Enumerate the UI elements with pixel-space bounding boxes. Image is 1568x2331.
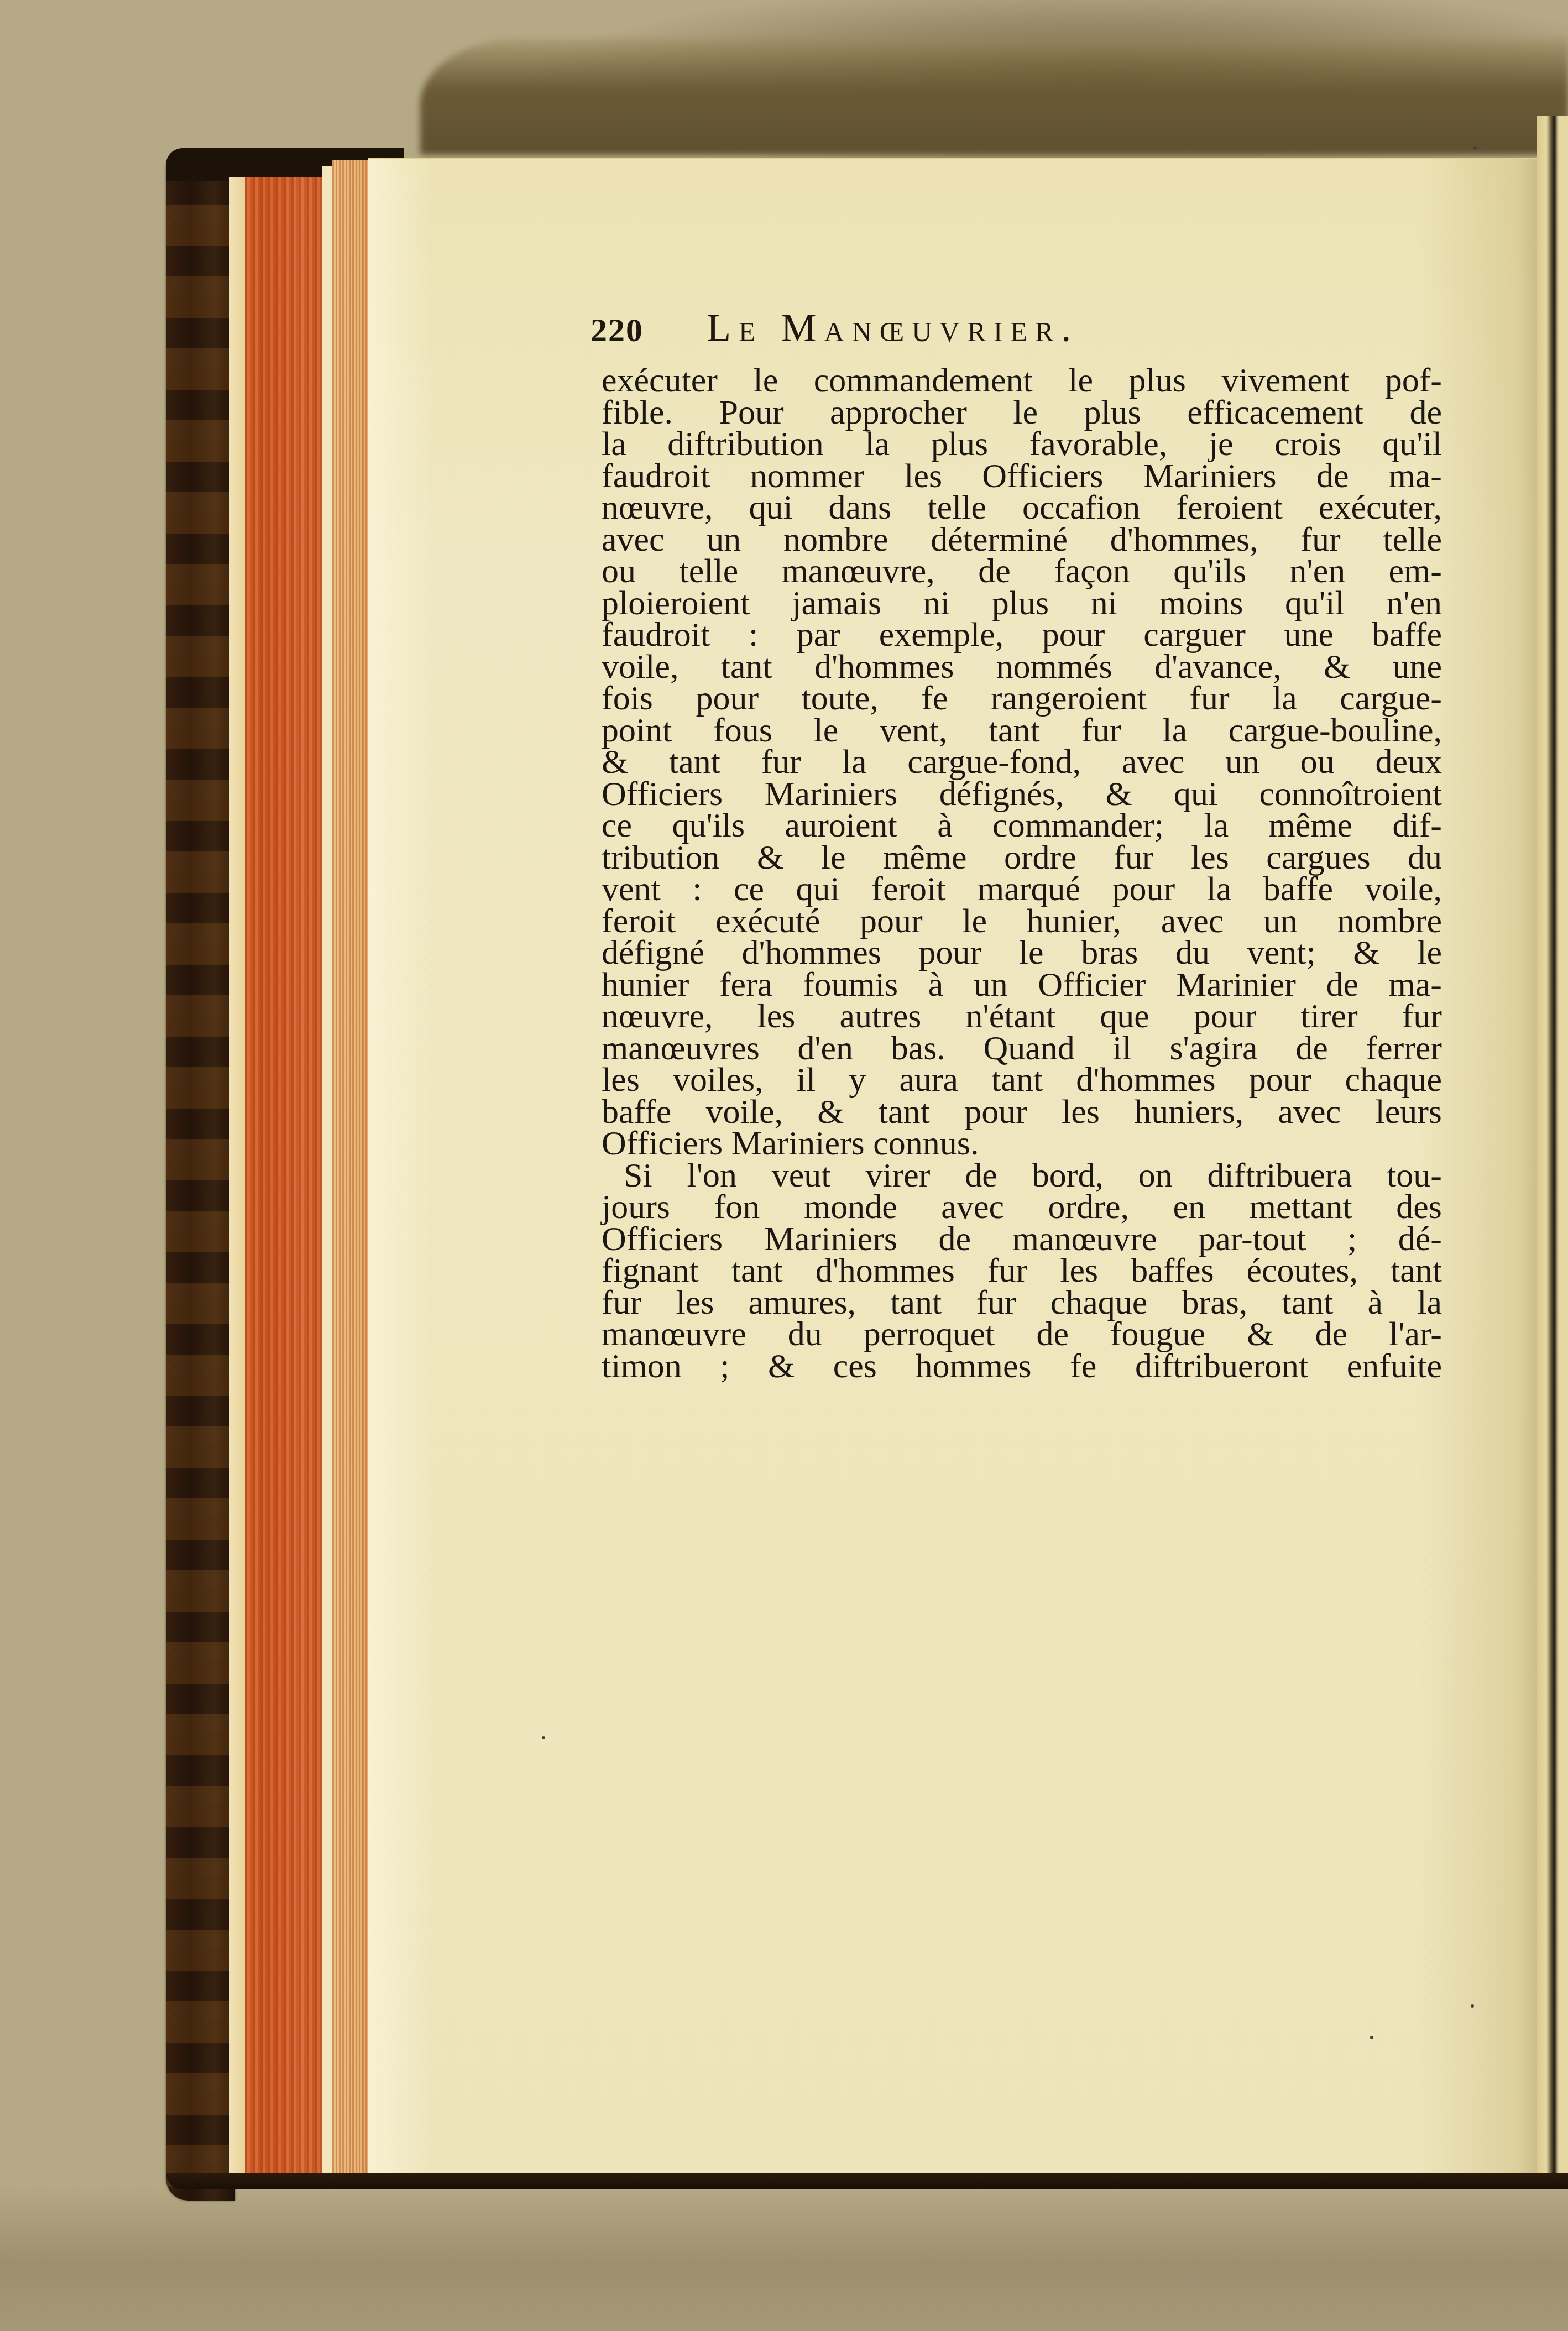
paper-speck [542, 1736, 545, 1739]
page-block-edge-strip [229, 177, 245, 2173]
text-line: voile, tant d'hommes nommés d'avance, & … [602, 651, 1442, 683]
text-line: manœuvres d'en bas. Quand il s'agira de … [602, 1033, 1442, 1065]
paragraph-2: Si l'on veut virer de bord, on diftribue… [602, 1160, 1442, 1383]
paper-speck [1370, 2036, 1373, 2039]
text-line: tribution & le même ordre fur les cargue… [602, 842, 1442, 874]
page-number: 220 [590, 305, 707, 355]
paragraph-1: exécuter le commandement le plus vivemen… [602, 365, 1442, 1160]
red-sprinkled-page-edge [245, 177, 322, 2173]
text-line: fignant tant d'hommes fur les baffes éco… [602, 1255, 1442, 1287]
text-line: jours fon monde avec ordre, en mettant d… [602, 1191, 1442, 1224]
text-line: feroit exécuté pour le hunier, avec un n… [602, 906, 1442, 938]
text-line: baffe voile, & tant pour les huniers, av… [602, 1096, 1442, 1128]
text-line: défigné d'hommes pour le bras du vent; &… [602, 937, 1442, 969]
text-line: les voiles, il y aura tant d'hommes pour… [602, 1064, 1442, 1096]
text-line: manœuvre du perroquet de fougue & de l'a… [602, 1319, 1442, 1351]
text-line: vent : ce qui feroit marqué pour la baff… [602, 874, 1442, 906]
text-line: ploieroient jamais ni plus ni moins qu'i… [602, 588, 1442, 620]
text-line: ou telle manœuvre, de façon qu'ils n'en … [602, 556, 1442, 588]
text-line: fible. Pour approcher le plus efficaceme… [602, 397, 1442, 429]
text-line: faudroit nommer les Officiers Mariniers … [602, 461, 1442, 493]
text-line: Officiers Mariniers défignés, & qui conn… [602, 778, 1442, 811]
text-line: nœuvre, les autres n'étant que pour tire… [602, 1001, 1442, 1033]
text-line: faudroit : par exemple, pour carguer une… [602, 619, 1442, 651]
text-line: avec un nombre déterminé d'hommes, fur t… [602, 524, 1442, 556]
paper-speck [1471, 2004, 1474, 2008]
text-line: fur les amures, tant fur chaque bras, ta… [602, 1287, 1442, 1319]
page-fore-edge [332, 160, 368, 2173]
text-line: Officiers Mariniers connus. [602, 1128, 1442, 1160]
leather-cover-bottom [166, 2173, 1568, 2189]
text-line: hunier fera foumis à un Officier Marinie… [602, 969, 1442, 1001]
running-head: 220Le Manœuvrier. [590, 303, 1453, 353]
text-line: Si l'on veut virer de bord, on diftribue… [602, 1160, 1442, 1192]
text-line: point fous le vent, tant fur la cargue-b… [602, 715, 1442, 747]
text-line: fois pour toute, fe rangeroient fur la c… [602, 683, 1442, 715]
text-line: & tant fur la cargue-fond, avec un ou de… [602, 746, 1442, 778]
facing-page-gutter [1537, 116, 1568, 2184]
text-line: ce qu'ils auroient à commander; la même … [602, 810, 1442, 842]
top-shadow [420, 39, 1568, 155]
page-block-edge-strip [322, 166, 332, 2173]
paper-speck [1473, 147, 1477, 150]
text-line: nœuvre, qui dans telle occafion feroient… [602, 492, 1442, 524]
text-line: Officiers Mariniers de manœuvre par-tout… [602, 1224, 1442, 1256]
text-line: la diftribution la plus favorable, je cr… [602, 428, 1442, 461]
text-line: timon ; & ces hommes fe diftribueront en… [602, 1351, 1442, 1383]
body-text: exécuter le commandement le plus vivemen… [602, 365, 1442, 1382]
running-title: Le Manœuvrier. [707, 303, 1079, 353]
text-line: exécuter le commandement le plus vivemen… [602, 365, 1442, 397]
leather-cover-spine [166, 152, 235, 2201]
